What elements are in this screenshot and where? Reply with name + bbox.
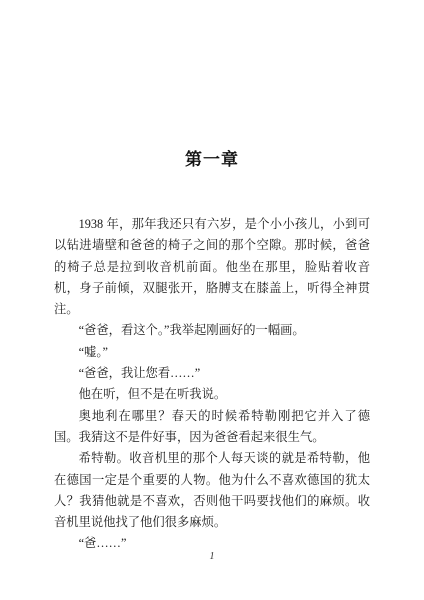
paragraph: 希特勒。收音机里的那个人每天谈的就是希特勒，他在德国一定是个重要的人物。他为什么… — [54, 448, 370, 533]
paragraph: 他在听，但不是在听我说。 — [54, 384, 370, 405]
chapter-title: 第一章 — [54, 0, 370, 170]
paragraph: 奥地利在哪里？春天的时候希特勒刚把它并入了德国。我猜这不是件好事，因为爸爸看起来… — [54, 406, 370, 449]
paragraph: “爸爸，我让您看……” — [54, 363, 370, 384]
paragraph: 1938 年，那年我还只有六岁，是个小小孩儿，小到可以钻进墙壁和爸爸的椅子之间的… — [54, 214, 370, 320]
body-text: 1938 年，那年我还只有六岁，是个小小孩儿，小到可以钻进墙壁和爸爸的椅子之间的… — [54, 214, 370, 555]
page-number: 1 — [0, 551, 424, 563]
book-page: 第一章 1938 年，那年我还只有六岁，是个小小孩儿，小到可以钻进墙壁和爸爸的椅… — [0, 0, 424, 600]
paragraph: “爸爸，看这个。”我举起刚画好的一幅画。 — [54, 320, 370, 341]
paragraph: “嘘。” — [54, 342, 370, 363]
